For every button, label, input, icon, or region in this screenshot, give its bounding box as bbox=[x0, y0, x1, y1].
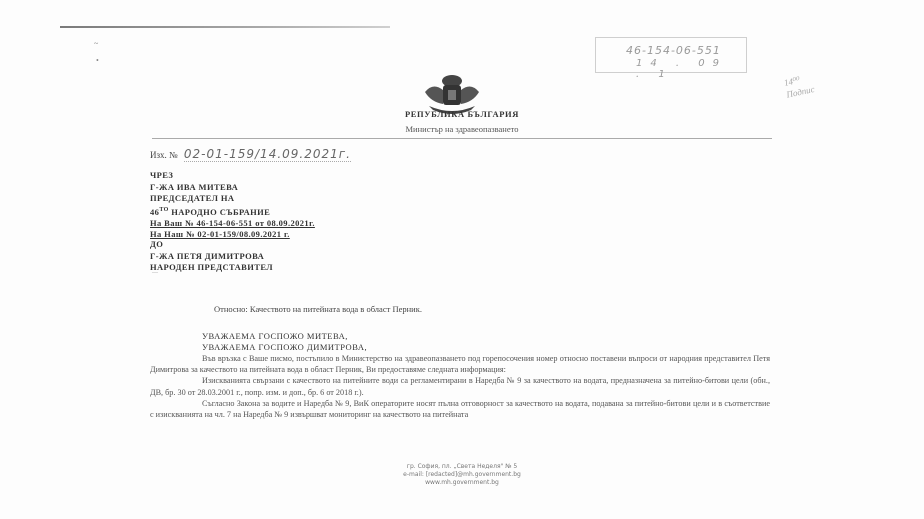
footer-website: www.mh.government.bg bbox=[0, 479, 924, 487]
recipient-name: Г-ЖА ПЕТЯ ДИМИТРОВА bbox=[150, 251, 273, 263]
body-paragraph: Във връзка с Ваше писмо, постъпило в Мин… bbox=[150, 353, 770, 375]
footer-email: e-mail: [redacted]@mh.government.bg bbox=[0, 471, 924, 479]
scan-mark: • bbox=[96, 56, 99, 65]
via-title: ПРЕДСЕДАТЕЛ НА bbox=[150, 193, 315, 205]
body-paragraph: Изискванията свързани с качеството на пи… bbox=[150, 375, 770, 397]
greeting-2: УВАЖАЕМА ГОСПОЖО ДИМИТРОВА, bbox=[202, 342, 367, 352]
subject-line: Относно: Качеството на питейната вода в … bbox=[214, 304, 422, 314]
via-block: ЧРЕЗ Г-ЖА ИВА МИТЕВА ПРЕДСЕДАТЕЛ НА 46ТО… bbox=[150, 170, 315, 241]
ministry-heading: Министър на здравеопазването bbox=[0, 124, 924, 134]
republic-heading: РЕПУБЛИКА БЪЛГАРИЯ bbox=[0, 109, 924, 119]
registration-stamp: 46-154-06-551 14 . 09 . 1 bbox=[595, 37, 747, 73]
handwritten-annotation: 14⁰⁰ Подпис bbox=[783, 71, 816, 100]
footer-address: гр. София, пл. „Света Неделя" № 5 bbox=[0, 463, 924, 471]
scan-mark: — bbox=[152, 270, 158, 276]
scanned-letter-page: ~ • 46-154-06-551 14 . 09 . 1 14⁰⁰ Подпи… bbox=[0, 0, 924, 519]
via-assembly: 46ТО НАРОДНО СЪБРАНИЕ bbox=[150, 205, 315, 218]
via-name: Г-ЖА ИВА МИТЕВА bbox=[150, 182, 315, 194]
recipient-label: ДО bbox=[150, 239, 273, 251]
ministry-footer: гр. София, пл. „Света Неделя" № 5 e-mail… bbox=[0, 463, 924, 487]
letterhead-divider bbox=[152, 138, 772, 139]
greeting-1: УВАЖАЕМА ГОСПОЖО МИТЕВА, bbox=[202, 331, 348, 341]
outgoing-reference: Изх. № 02-01-159/14.09.2021г. bbox=[150, 147, 351, 161]
reference-label: Изх. № bbox=[150, 150, 178, 160]
stamp-number: 46-154-06-551 bbox=[626, 44, 721, 57]
letter-body: Във връзка с Ваше писмо, постъпило в Мин… bbox=[150, 353, 770, 420]
scan-top-rule bbox=[60, 26, 390, 28]
stamp-date: 14 . 09 . 1 bbox=[636, 58, 746, 80]
your-reference: На Ваш № 46-154-06-551 от 08.09.2021г. bbox=[150, 218, 315, 230]
scan-mark: ~ bbox=[94, 39, 98, 48]
reference-number: 02-01-159/14.09.2021г. bbox=[184, 147, 351, 162]
recipient-title: НАРОДЕН ПРЕДСТАВИТЕЛ bbox=[150, 262, 273, 274]
recipient-block: ДО Г-ЖА ПЕТЯ ДИМИТРОВА НАРОДЕН ПРЕДСТАВИ… bbox=[150, 239, 273, 274]
via-label: ЧРЕЗ bbox=[150, 170, 315, 182]
body-paragraph: Съгласно Закона за водите и Наредба № 9,… bbox=[150, 398, 770, 420]
